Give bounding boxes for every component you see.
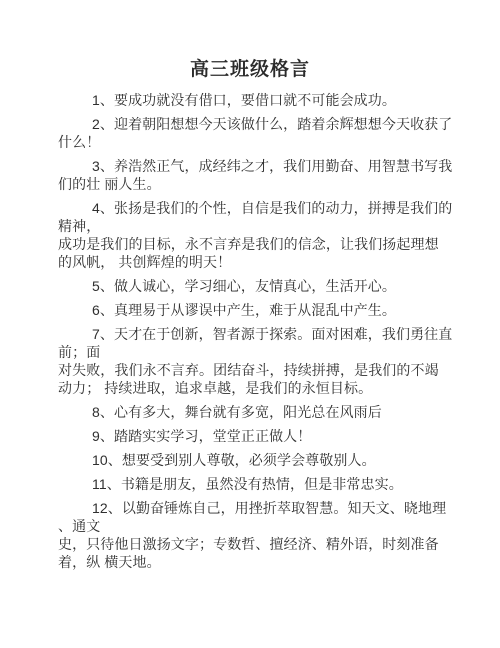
- text-line: 10、想要受到别人尊敬，必须学会尊敬别人。: [58, 451, 460, 469]
- paragraph: 7、天才在于创新，智者源于探索。面对困难，我们勇往直前；面对失败，我们永不言弃。…: [58, 325, 460, 397]
- document-page: 高三班级格言 1、要成功就没有借口，要借口就不可能会成功。2、迎着朝阳想想今天该…: [0, 0, 500, 648]
- paragraph: 2、迎着朝阳想想今天该做什么，踏着余辉想想今天收获了什么！: [58, 115, 460, 151]
- paragraph: 12、以勤奋锤炼自己，用挫折萃取智慧。知天文、晓地理、通文史，只待他日激扬文字；…: [58, 499, 460, 571]
- text-line: 的风帆， 共创辉煌的明天！: [58, 253, 460, 271]
- text-line: 前；面: [58, 343, 460, 361]
- text-line: 对失败，我们永不言弃。团结奋斗，持续拼搏，是我们的不竭: [58, 361, 460, 379]
- text-line: 动力； 持续进取，追求卓越，是我们的永恒目标。: [58, 379, 460, 397]
- document-body: 1、要成功就没有借口，要借口就不可能会成功。2、迎着朝阳想想今天该做什么，踏着余…: [0, 91, 500, 571]
- paragraph: 6、真理易于从谬误中产生，难于从混乱中产生。: [58, 301, 460, 319]
- paragraph: 9、踏踏实实学习，堂堂正正做人！: [58, 427, 460, 445]
- text-line: 4、张扬是我们的个性，自信是我们的动力，拼搏是我们的: [58, 199, 460, 217]
- text-line: 7、天才在于创新，智者源于探索。面对困难，我们勇往直: [58, 325, 460, 343]
- paragraph: 11、书籍是朋友，虽然没有热情，但是非常忠实。: [58, 475, 460, 493]
- text-line: 、通文: [58, 517, 460, 535]
- text-line: 成功是我们的目标，永不言弃是我们的信念，让我们扬起理想: [58, 235, 460, 253]
- text-line: 11、书籍是朋友，虽然没有热情，但是非常忠实。: [58, 475, 460, 493]
- text-line: 什么！: [58, 133, 460, 151]
- text-line: 5、做人诚心，学习细心，友情真心，生活开心。: [58, 277, 460, 295]
- text-line: 8、心有多大，舞台就有多宽，阳光总在风雨后: [58, 403, 460, 421]
- paragraph: 4、张扬是我们的个性，自信是我们的动力，拼搏是我们的精神，成功是我们的目标，永不…: [58, 199, 460, 271]
- text-line: 2、迎着朝阳想想今天该做什么，踏着余辉想想今天收获了: [58, 115, 460, 133]
- text-line: 3、养浩然正气，成经纬之才，我们用勤奋、用智慧书写我: [58, 157, 460, 175]
- paragraph: 5、做人诚心，学习细心，友情真心，生活开心。: [58, 277, 460, 295]
- paragraph: 3、养浩然正气，成经纬之才，我们用勤奋、用智慧书写我们的壮 丽人生。: [58, 157, 460, 193]
- text-line: 12、以勤奋锤炼自己，用挫折萃取智慧。知天文、晓地理: [58, 499, 460, 517]
- text-line: 们的壮 丽人生。: [58, 175, 460, 193]
- text-line: 1、要成功就没有借口，要借口就不可能会成功。: [58, 91, 460, 109]
- paragraph: 1、要成功就没有借口，要借口就不可能会成功。: [58, 91, 460, 109]
- text-line: 6、真理易于从谬误中产生，难于从混乱中产生。: [58, 301, 460, 319]
- text-line: 9、踏踏实实学习，堂堂正正做人！: [58, 427, 460, 445]
- text-line: 精神，: [58, 217, 460, 235]
- text-line: 着，纵 横天地。: [58, 553, 460, 571]
- paragraph: 10、想要受到别人尊敬，必须学会尊敬别人。: [58, 451, 460, 469]
- document-title: 高三班级格言: [0, 0, 500, 81]
- text-line: 史，只待他日激扬文字；专数哲、擅经济、精外语，时刻准备: [58, 535, 460, 553]
- paragraph: 8、心有多大，舞台就有多宽，阳光总在风雨后: [58, 403, 460, 421]
